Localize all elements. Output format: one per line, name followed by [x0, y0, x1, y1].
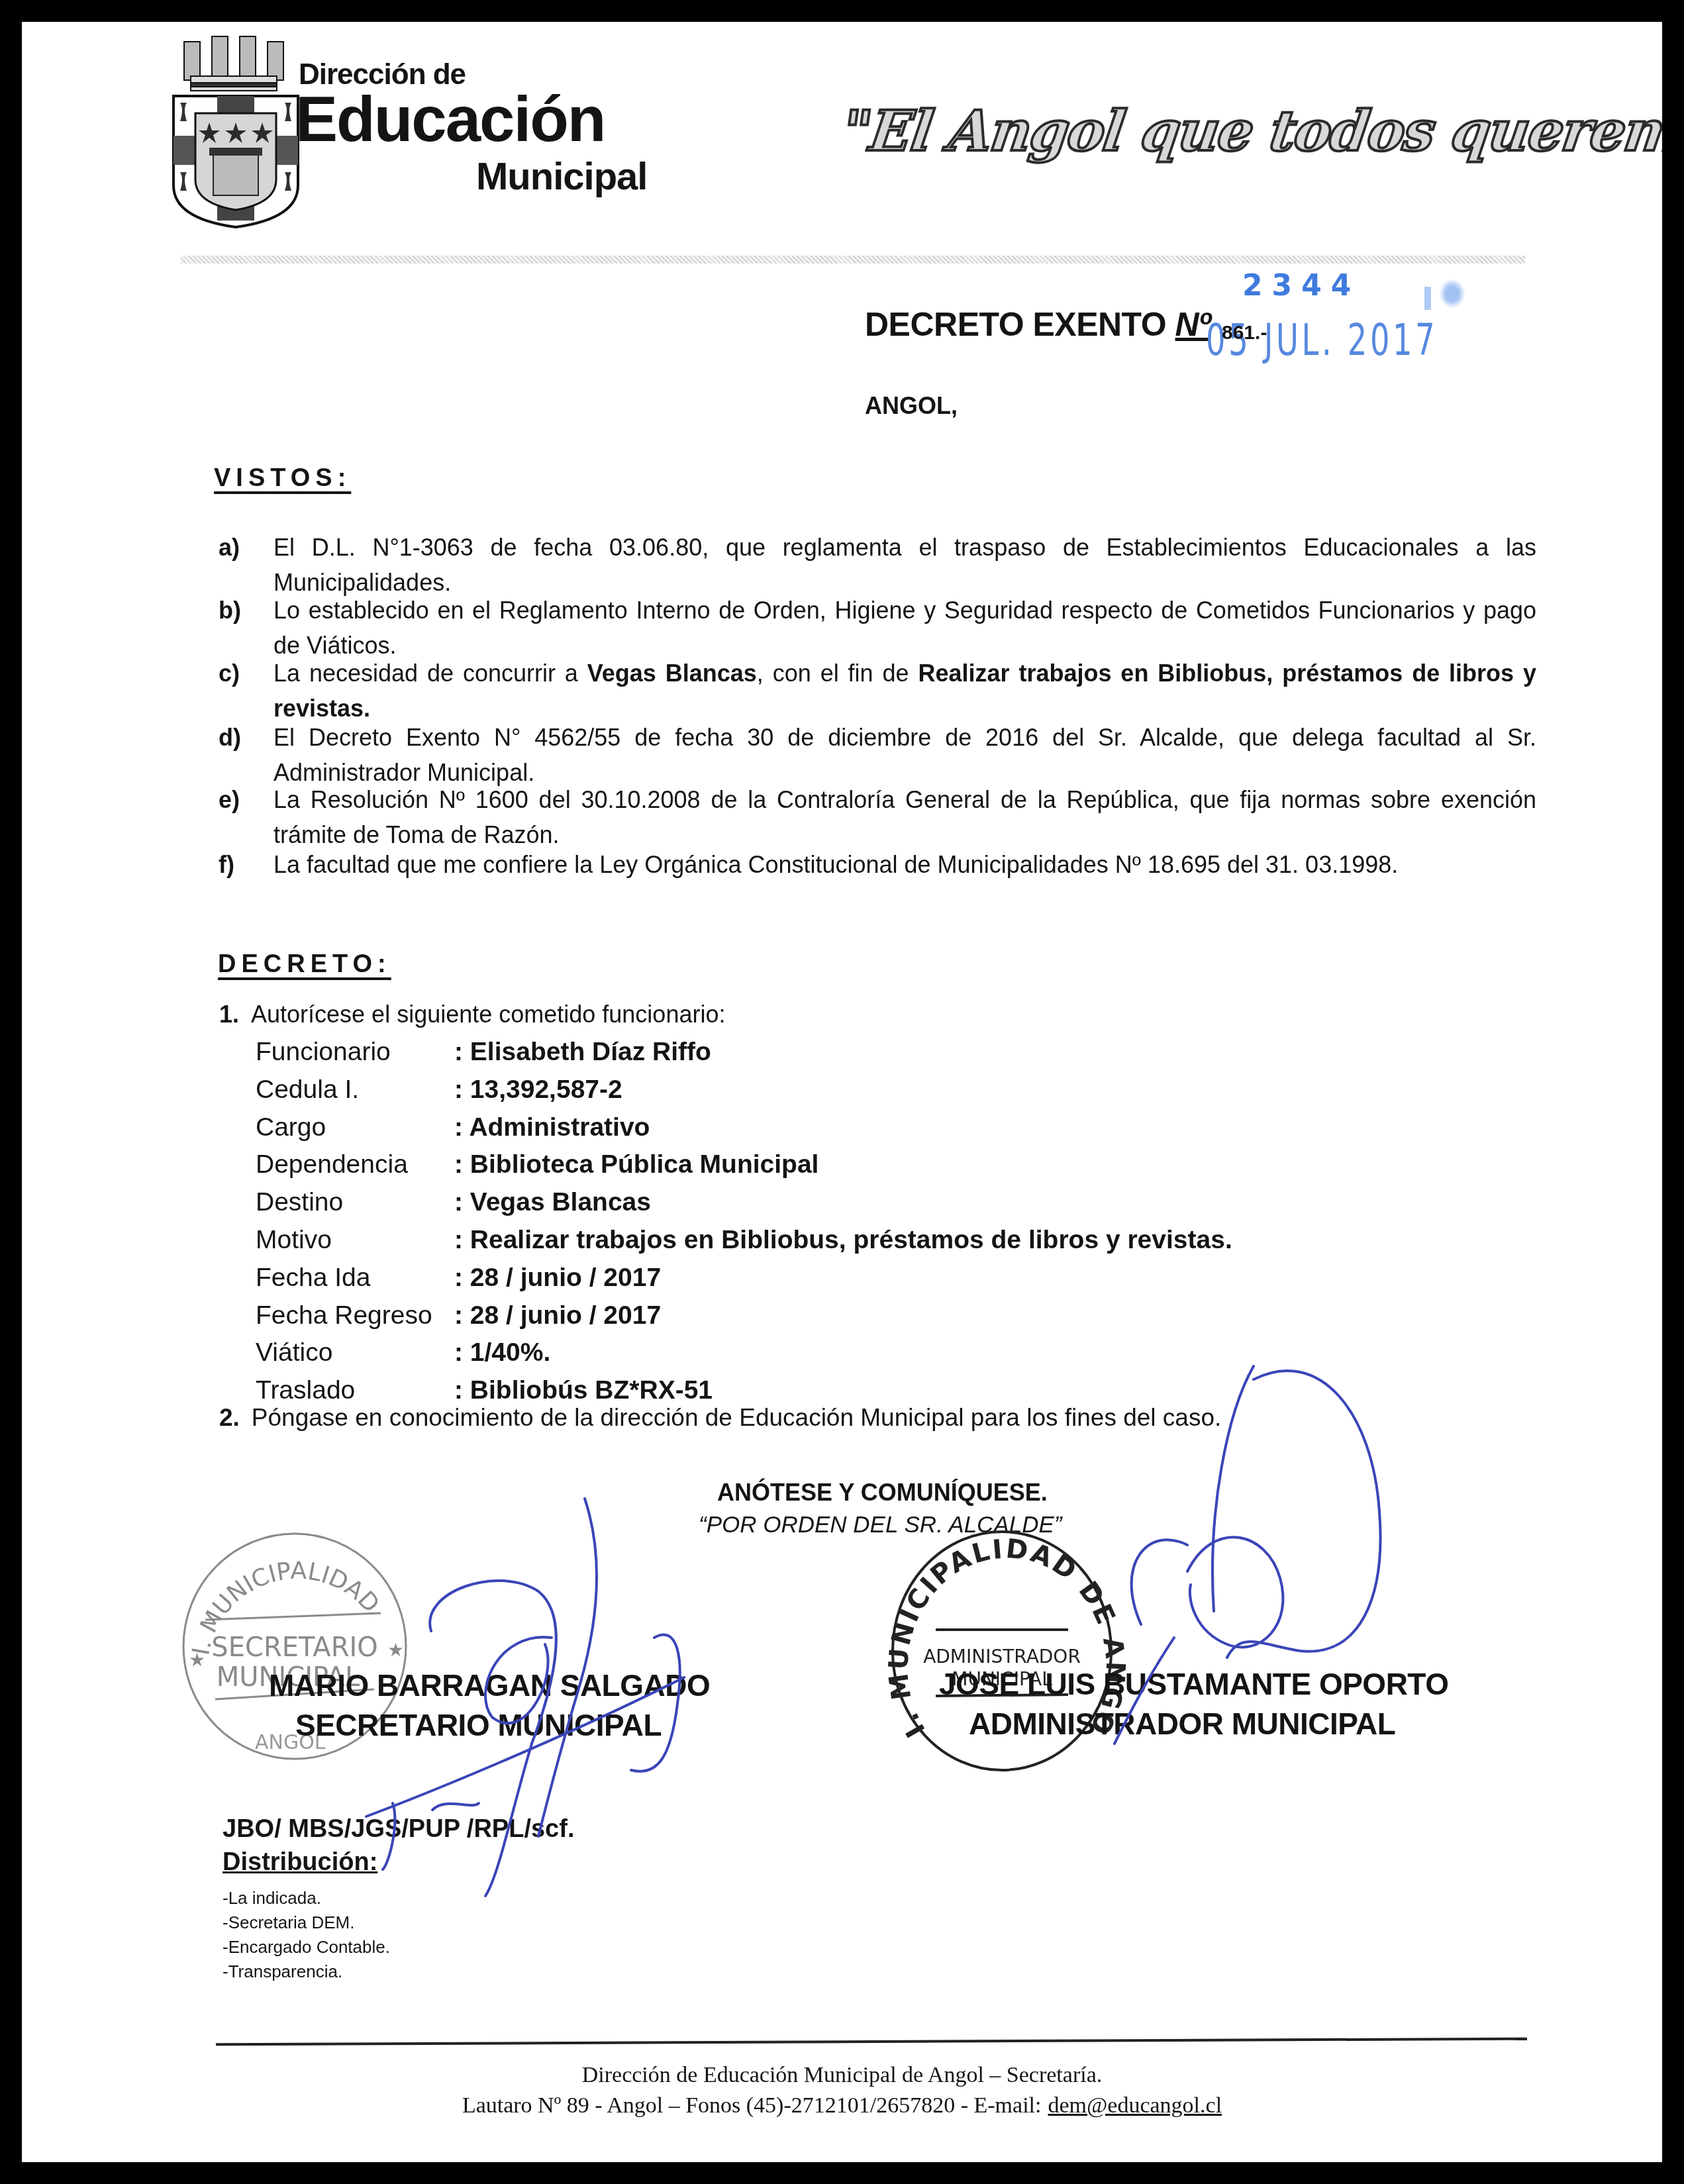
- visto-text: El D.L. N°1-3063 de fecha 03.06.80, que …: [273, 530, 1536, 600]
- visto-marker: f): [219, 847, 234, 882]
- distribution-list: -La indicada.-Secretaria DEM.-Encargado …: [223, 1886, 390, 1984]
- visto-text: Lo establecido en el Reglamento Interno …: [273, 593, 1536, 663]
- visto-marker: d): [219, 720, 241, 755]
- visto-text: El Decreto Exento N° 4562/55 de fecha 30…: [273, 720, 1536, 790]
- visto-marker: c): [219, 656, 240, 691]
- number-symbol: Nº: [1175, 306, 1211, 343]
- visto-marker: e): [219, 782, 240, 817]
- distribution-item: -Transparencia.: [223, 1960, 390, 1984]
- decree-item-1: 1.Autorícese el siguiente cometido funci…: [219, 1001, 725, 1028]
- seal-center1: ADMINISTRADOR: [923, 1646, 1081, 1667]
- field-label: Funcionario: [256, 1038, 454, 1075]
- item-number: 1.: [219, 1001, 239, 1028]
- field-value: : Administrativo: [454, 1113, 650, 1151]
- decree-item-2: 2.Póngase en conocimiento de la direcció…: [219, 1404, 1221, 1432]
- field-row: Cedula I.: 13,392,587-2: [256, 1075, 1232, 1113]
- footer-email-link[interactable]: dem@educangol.cl: [1048, 2093, 1222, 2118]
- visto-text-part: El D.L. N°1-3063 de fecha 03.06.80, que …: [273, 534, 1536, 596]
- signatory-2-name: JOSE LUIS BUSTAMANTE OPORTO: [939, 1666, 1448, 1702]
- field-label: Cedula I.: [256, 1075, 454, 1113]
- field-row: Fecha Regreso: 28 / junio / 2017: [256, 1301, 1232, 1339]
- item-text: Póngase en conocimiento de la dirección …: [252, 1404, 1221, 1431]
- anotese-line: ANÓTESE Y COMUNÍQUESE.: [717, 1479, 1048, 1507]
- field-label: Dependencia: [256, 1150, 454, 1188]
- field-row: Dependencia: Biblioteca Pública Municipa…: [256, 1150, 1232, 1188]
- municipal-coat-of-arms-icon: [166, 30, 311, 228]
- field-label: Motivo: [256, 1226, 454, 1264]
- field-value: : 13,392,587-2: [454, 1075, 622, 1113]
- visto-text-part: La Resolución Nº 1600 del 30.10.2008 de …: [273, 786, 1536, 848]
- field-row: Cargo: Administrativo: [256, 1113, 1232, 1151]
- stamp-number: 2344: [1242, 269, 1360, 303]
- vistos-heading: VISTOS:: [214, 464, 351, 493]
- document-page: Dirección de Educación Municipal "El Ang…: [22, 22, 1662, 2162]
- org-name-line2: Educación: [295, 88, 605, 152]
- distribution-item: -La indicada.: [223, 1886, 390, 1911]
- reference-initials: JBO/ MBS/JGS/PUP /RPL/scf.: [223, 1815, 574, 1844]
- decree-number: 861.-: [1222, 322, 1267, 344]
- header-separator: [181, 256, 1525, 264]
- visto-text-part: Lo establecido en el Reglamento Interno …: [273, 597, 1536, 659]
- visto-text: La Resolución Nº 1600 del 30.10.2008 de …: [273, 782, 1536, 852]
- distribution-heading: Distribución:: [223, 1848, 377, 1877]
- org-name-line3: Municipal: [476, 154, 647, 199]
- administrador-seal: I. MUNICIPALIDAD DE ANGOL ADMINISTRADOR …: [876, 1525, 1128, 1783]
- field-value: : 28 / junio / 2017: [454, 1264, 661, 1301]
- visto-text: La necesidad de concurrir a Vegas Blanca…: [273, 656, 1536, 726]
- decree-title: DECRETO EXENTO Nº: [865, 305, 1211, 344]
- slogan: "El Angol que todos queremos...": [838, 98, 1662, 164]
- visto-text: La facultad que me confiere la Ley Orgán…: [273, 847, 1536, 882]
- visto-item: f)La facultad que me confiere la Ley Org…: [219, 847, 1536, 882]
- star-icon: ★: [189, 1650, 205, 1670]
- field-label: Fecha Ida: [256, 1264, 454, 1301]
- star-icon: ★: [387, 1640, 404, 1660]
- city-line: ANGOL,: [865, 392, 958, 420]
- field-label: Cargo: [256, 1113, 454, 1151]
- visto-text-part: La facultad que me confiere la Ley Orgán…: [273, 851, 1398, 878]
- field-value: : Vegas Blancas: [454, 1188, 651, 1226]
- visto-text-part: El Decreto Exento N° 4562/55 de fecha 30…: [273, 724, 1536, 786]
- cometido-fields: Funcionario: Elisabeth Díaz RiffoCedula …: [256, 1038, 1232, 1414]
- field-row: Funcionario: Elisabeth Díaz Riffo: [256, 1038, 1232, 1075]
- field-value: : 1/40%.: [454, 1338, 550, 1376]
- footer-rule: [216, 2038, 1527, 2046]
- visto-marker: a): [219, 530, 240, 565]
- stamp-mark: [1439, 279, 1465, 309]
- item-text: Autorícese el siguiente cometido funcion…: [251, 1001, 725, 1028]
- visto-item: c)La necesidad de concurrir a Vegas Blan…: [219, 656, 1536, 726]
- visto-text-bold: Vegas Blancas: [587, 660, 757, 687]
- field-value: : Elisabeth Díaz Riffo: [454, 1038, 711, 1075]
- footer-line-1: Dirección de Educación Municipal de Ango…: [22, 2063, 1662, 2088]
- signatory-1-name: MARIO BARRAGAN SALGADO: [269, 1667, 710, 1703]
- field-label: Viático: [256, 1338, 454, 1376]
- visto-text-part: , con el fin de: [757, 660, 918, 687]
- distribution-item: -Encargado Contable.: [223, 1935, 390, 1960]
- visto-marker: b): [219, 593, 241, 628]
- visto-item: b)Lo establecido en el Reglamento Intern…: [219, 593, 1536, 663]
- item-number: 2.: [219, 1404, 240, 1431]
- field-row: Viático: 1/40%.: [256, 1338, 1232, 1376]
- seal-center1: SECRETARIO: [211, 1632, 377, 1663]
- field-value: : Realizar trabajos en Bibliobus, présta…: [454, 1226, 1232, 1264]
- signatory-2-role: ADMINISTRADOR MUNICIPAL: [969, 1706, 1395, 1742]
- field-row: Destino: Vegas Blancas: [256, 1188, 1232, 1226]
- field-row: Fecha Ida: 28 / junio / 2017: [256, 1264, 1232, 1301]
- field-value: : 28 / junio / 2017: [454, 1301, 661, 1339]
- footer-line-2: Lautaro Nº 89 - Angol – Fonos (45)-27121…: [22, 2093, 1662, 2118]
- field-row: Motivo: Realizar trabajos en Bibliobus, …: [256, 1226, 1232, 1264]
- field-value: : Biblioteca Pública Municipal: [454, 1150, 818, 1188]
- field-label: Destino: [256, 1188, 454, 1226]
- visto-item: e)La Resolución Nº 1600 del 30.10.2008 d…: [219, 782, 1536, 852]
- signatory-1-role: SECRETARIO MUNICIPAL: [295, 1707, 662, 1743]
- visto-text-part: La necesidad de concurrir a: [273, 660, 587, 687]
- decree-title-text: DECRETO EXENTO: [865, 306, 1175, 343]
- decreto-heading: DECRETO:: [218, 950, 391, 979]
- visto-item: a)El D.L. N°1-3063 de fecha 03.06.80, qu…: [219, 530, 1536, 600]
- visto-item: d)El Decreto Exento N° 4562/55 de fecha …: [219, 720, 1536, 790]
- distribution-item: -Secretaria DEM.: [223, 1911, 390, 1935]
- field-label: Fecha Regreso: [256, 1301, 454, 1339]
- stamp-mark: [1424, 287, 1431, 310]
- footer-address: Lautaro Nº 89 - Angol – Fonos (45)-27121…: [462, 2093, 1042, 2118]
